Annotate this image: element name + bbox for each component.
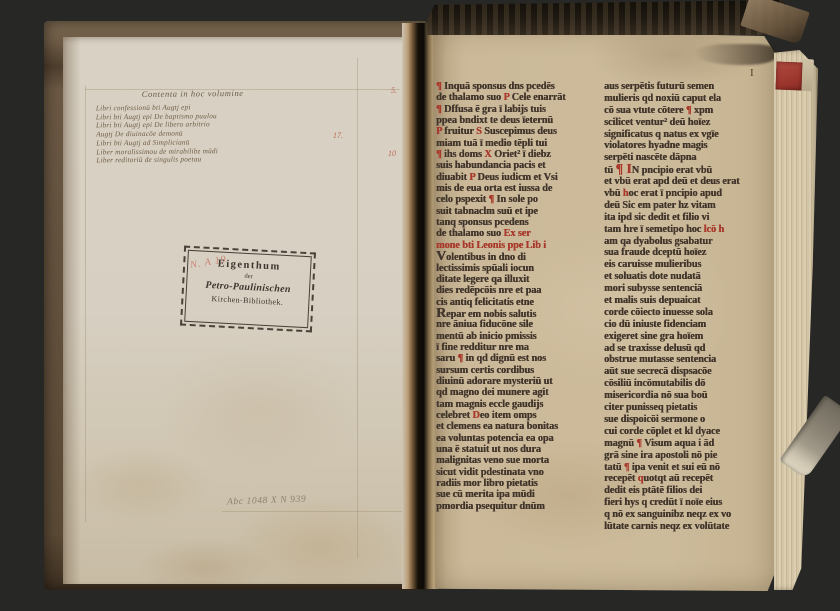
manuscript-line: P fruitur S Suscepimus deus (436, 126, 599, 137)
ink-text: celo pspexit (436, 194, 488, 205)
manuscript-line: suit tabnaclm suū et ipe (436, 206, 599, 217)
rubric-text: lcō h (704, 224, 724, 235)
ink-text: lūtate carnis neqz ex volūtate (604, 521, 729, 532)
manuscript-line: Volentibus in dno di (436, 251, 599, 262)
ink-text: deū Sic em pater hz vitam (604, 200, 715, 211)
manuscript-line: ita ipd sic dedit et filio vi (604, 212, 766, 224)
rubric-text: ¶ (686, 105, 694, 116)
ink-text: Dffusa ē gra ī labijs tuis (444, 104, 546, 115)
manuscript-line: tanq sponsus pcedens (436, 217, 599, 228)
ink-text: violatores hyadne magis (604, 140, 707, 151)
ink-text: ita ipd sic dedit et filio vi (604, 212, 709, 223)
rubric-text: ¶ (436, 104, 444, 115)
manuscript-line: ad se traxisse delusū qd (604, 343, 766, 355)
rubric-text: ¶ (436, 81, 444, 92)
ink-text: tanq sponsus pcedens (436, 217, 528, 228)
red-bookmark-tab (776, 62, 803, 91)
ink-text: ī fine redditur nre ma (436, 342, 529, 353)
ink-text: eo item omps (480, 410, 537, 421)
ink-text: in qd dignū est nos (465, 353, 546, 364)
ink-text: suit tabnaclm suū et ipe (436, 206, 538, 217)
ink-text: sursum certis cordibus (436, 365, 534, 376)
rubric-text: D (472, 410, 479, 421)
manuscript-column-left: ¶ Inquā sponsus dns pcedēsde thalamo suo… (436, 81, 599, 513)
ink-text: epar em nobis salutis (446, 309, 536, 319)
rubric-text: mone bti Leonis ppe Lib i (436, 240, 546, 251)
manuscript-line: significatus q natus ex vgīe (604, 129, 766, 141)
manuscript-line: tam magnis eccle gaudijs (436, 399, 599, 410)
manuscript-line: deū Sic em pater hz vitam (604, 200, 766, 212)
manuscript-line: recepēt quotqt aū recepēt (604, 473, 766, 485)
manuscript-line: exigeret sine gra hoīem (604, 331, 766, 343)
ink-text: sicut vidit pdestinata vno (436, 467, 544, 478)
ink-text: et soluatis dote nudatā (604, 271, 700, 282)
manuscript-line: lūtate carnis neqz ex volūtate (604, 521, 766, 533)
manuscript-line: magnū ¶ Visum aqua i ād (604, 438, 766, 450)
manuscript-line: et malis suis depuaicat (604, 295, 766, 307)
ink-text: radiis mor libro pietatis (436, 478, 538, 489)
ink-text: cis antiq felicitatis etne (436, 297, 534, 308)
ink-text: una ē statuit ut nos dura (436, 444, 541, 455)
manuscript-line: ¶ Inquā sponsus dns pcedēs (436, 81, 599, 92)
manuscript-line: et clemens ea natura bonitas (436, 421, 599, 432)
manuscript-line: eis caruisse mulieribus (604, 259, 766, 271)
ink-text: magnū (604, 438, 636, 449)
margin-numeral: 10 (388, 149, 396, 158)
manuscript-line: fieri hys q credūt ī noīe eius (604, 497, 766, 509)
manuscript-line: mentū ab inicio pmissis (436, 331, 599, 342)
ink-text: aūt sue secrecā dispsacōe (604, 366, 711, 377)
rubric-text: ¶ (624, 462, 632, 473)
manuscript-line: celebret Deo item omps (436, 410, 599, 421)
ink-text: tam hre ī semetipo hoc (604, 224, 704, 235)
rubric-text: ¶ (636, 438, 644, 449)
ink-text: pmordia psequitur dnūm (436, 501, 545, 512)
ink-text: mori subysse sentenciā (604, 283, 702, 294)
spine-gutter (402, 23, 438, 589)
manuscript-line: cui corde cōplet et kl dyace (604, 426, 766, 438)
manuscript-line: ¶ Dffusa ē gra ī labijs tuis (436, 104, 599, 115)
manuscript-line: am qa dyabolus gsabatur (604, 236, 766, 248)
manuscript-line: vbū hoc erat ī pncipio apud (604, 188, 766, 200)
ink-text: nre āniua fiducōne sile (436, 319, 533, 330)
manuscript-line: sicut vidit pdestinata vno (436, 467, 599, 478)
ruling-line-vertical-left (85, 86, 86, 522)
manuscript-line: q nō ex sanguinibz neqz ex vo (604, 509, 766, 521)
manuscript-line: dies redēpcōis nre et paa (436, 285, 599, 296)
ink-text: ditate legere qa illuxit (436, 274, 529, 285)
folio-number: I (750, 67, 754, 79)
rubric-text: P (503, 92, 511, 103)
rubric-text: X (484, 149, 494, 160)
ink-text: corde cōiecto inuesse sola (604, 307, 713, 318)
ink-text: exigeret sine gra hoīem (604, 331, 703, 342)
manuscript-line: cis antiq felicitatis etne (436, 297, 599, 308)
manuscript-line: saru ¶ in qd dignū est nos (436, 353, 599, 364)
ink-text: tatū (604, 462, 624, 473)
ink-text: Oriet² ī diebz (494, 149, 551, 160)
ink-text: misericordia nō sua boū (604, 390, 707, 401)
rubric-text: ¶ I (615, 164, 631, 176)
manuscript-line: radiis mor libro pietatis (436, 478, 599, 489)
manuscript-line: et soluatis dote nudatā (604, 271, 766, 283)
manuscript-line: sue cū merita ipa mūdi (436, 489, 599, 500)
ink-text: eis caruisse mulieribus (604, 259, 701, 270)
manuscript-line: qd magno dei munere agit (436, 387, 599, 398)
ruling-line-horizontal-bottom (222, 511, 420, 512)
manuscript-line: obstrue mutasse sentencia (604, 354, 766, 366)
manuscript-line: suis habundancia pacis et (436, 160, 599, 171)
manuscript-photo: Contenta in hoc volumine Libri confessio… (0, 0, 840, 611)
manuscript-line: corde cōiecto inuesse sola (604, 307, 766, 319)
manuscript-line: sua fraude dceptū hoīez (604, 247, 766, 259)
ink-text: ppea bndixt te deus īeternū (436, 115, 553, 126)
manuscript-line: aus serpētis futurū semen (604, 81, 766, 93)
ink-text: obstrue mutasse sentencia (604, 354, 716, 365)
ink-text: serpēti nascēte dāpna (604, 152, 696, 163)
ink-text: V (436, 251, 446, 262)
ink-text: N pncipio erat vbū (632, 165, 712, 176)
rubric-text: Ex ser (503, 228, 530, 239)
manuscript-line: mulieris qd noxiū caput ela (604, 93, 766, 105)
manuscript-line: una ē statuit ut nos dura (436, 444, 599, 455)
manuscript-line: Repar em nobis salutis (436, 308, 599, 319)
manuscript-line: malignitas veno sue morta (436, 455, 599, 466)
ink-text: diuabit (436, 172, 469, 183)
ink-text: ad se traxisse delusū qd (604, 343, 705, 354)
manuscript-line: aūt sue secrecā dispsacōe (604, 366, 766, 378)
manuscript-line: de thalamo suo Ex ser (436, 228, 599, 239)
ink-text: mentū ab inicio pmissis (436, 331, 536, 342)
ink-text: cui corde cōplet et kl dyace (604, 426, 720, 437)
ink-text: qd magno dei munere agit (436, 387, 548, 398)
ink-text: de thalamo suo (436, 228, 503, 239)
manuscript-line: misericordia nō sua boū (604, 390, 766, 402)
ink-text: significatus q natus ex vgīe (604, 129, 718, 140)
manuscript-line: dedit eis ptātē filios dei (604, 485, 766, 497)
ink-text: mulieris qd noxiū caput ela (604, 93, 721, 104)
manuscript-line: de thalamo suo P Cele enarrāt (436, 92, 599, 103)
rubric-text: ¶ (436, 149, 444, 160)
manuscript-line: tatū ¶ ipa venit et sui eū nō (604, 462, 766, 474)
ink-text: olentibus in dno di (446, 252, 526, 262)
ink-text: dies redēpcōis nre et paa (436, 285, 541, 296)
manuscript-line: sursum certis cordibus (436, 365, 599, 376)
ink-text: R (436, 308, 446, 319)
manuscript-line: tū ¶ IN pncipio erat vbū (604, 164, 766, 176)
ink-text: tam magnis eccle gaudijs (436, 399, 543, 410)
ink-text: tū (604, 165, 615, 176)
ink-text: diuinū adorare mysteriū ut (436, 376, 553, 387)
ink-text: recepēt (604, 473, 638, 484)
ink-text: saru (436, 353, 458, 364)
manuscript-line: nre āniua fiducōne sile (436, 319, 599, 330)
rubric-text: P (436, 126, 444, 137)
ink-text: sue dispoicōi sermone o (604, 414, 705, 425)
manuscript-line: lectissimis spūali iocun (436, 263, 599, 274)
manuscript-line: ditate legere qa illuxit (436, 274, 599, 285)
ink-text: scilicet ventur² deū hoīez (604, 117, 710, 128)
manuscript-line: serpēti nascēte dāpna (604, 152, 766, 164)
contents-list-block: Contenta in hoc volumine Libri confessio… (96, 87, 377, 166)
rubric-text: S (476, 126, 484, 137)
ink-text: cō sua vtute cōtere (604, 105, 686, 116)
manuscript-line: cōsiliū incōmutabilis dō (604, 378, 766, 390)
manuscript-line: mone bti Leonis ppe Lib i (436, 240, 599, 251)
ink-text: xpm (694, 105, 713, 116)
manuscript-line: mori subysse sentenciā (604, 283, 766, 295)
manuscript-line: cio dū iniuste fidenciam (604, 319, 766, 331)
ink-text: cōsiliū incōmutabilis dō (604, 378, 705, 389)
ink-text: ipa venit et sui eū nō (632, 462, 720, 473)
manuscript-line: celo pspexit ¶ In sole po (436, 194, 599, 205)
ink-text: malignitas veno sue morta (436, 455, 549, 466)
manuscript-line: citer punisseq pietatis (604, 402, 766, 414)
manuscript-line: diuinū adorare mysteriū ut (436, 376, 599, 387)
ink-text: et malis suis depuaicat (604, 295, 700, 306)
manuscript-line: ¶ ihs doms X Oriet² ī diebz (436, 149, 599, 160)
ink-text: q nō ex sanguinibz neqz ex vo (604, 509, 731, 520)
ink-text: sua fraude dceptū hoīez (604, 247, 706, 258)
ink-text: ea voluntas potencia ea opa (436, 433, 553, 444)
ink-text: ihs doms (444, 149, 484, 160)
manuscript-line: ppea bndixt te deus īeternū (436, 115, 599, 126)
ink-text: uotqt aū recepēt (643, 473, 713, 484)
ink-text: oc erat ī pncipio apud (628, 188, 721, 199)
ink-text: am qa dyabolus gsabatur (604, 236, 712, 247)
ink-text: grā sine ira apostoli nō pie (604, 450, 717, 461)
manuscript-line: grā sine ira apostoli nō pie (604, 450, 766, 462)
ink-text: Visum aqua i ād (644, 438, 714, 449)
ink-text: et clemens ea natura bonitas (436, 421, 558, 432)
manuscript-line: tam hre ī semetipo hoc lcō h (604, 224, 766, 236)
manuscript-line: pmordia psequitur dnūm (436, 501, 599, 512)
manuscript-line: sue dispoicōi sermone o (604, 414, 766, 426)
ink-text: vbū (604, 188, 623, 199)
ink-text: de thalamo suo (436, 92, 503, 103)
ink-text: citer punisseq pietatis (604, 402, 697, 413)
ink-text: et vbū erat apd deū et deus erat (604, 176, 740, 187)
ink-text: In sole po (496, 194, 537, 205)
ink-text: cio dū iniuste fidenciam (604, 319, 706, 330)
ink-text: suis habundancia pacis et (436, 160, 545, 171)
ink-text: celebret (436, 410, 472, 421)
ink-text: fruitur (444, 126, 476, 137)
manuscript-line: mis de eua orta est iussa de (436, 183, 599, 194)
manuscript-line: scilicet ventur² deū hoīez (604, 117, 766, 129)
ink-text: lectissimis spūali iocun (436, 263, 534, 274)
contents-header: Contenta in hoc volumine (142, 87, 376, 99)
ink-text: dedit eis ptātē filios dei (604, 485, 702, 496)
manuscript-column-right: aus serpētis futurū semenmulieris qd nox… (604, 81, 766, 533)
ink-text: sue cū merita ipa mūdi (436, 489, 534, 500)
manuscript-line: et vbū erat apd deū et deus erat (604, 176, 766, 188)
manuscript-line: violatores hyadne magis (604, 140, 766, 152)
ink-text: miam tuā ī medio tēpli tui (436, 138, 547, 149)
ink-text: Cele enarrāt (512, 92, 566, 103)
ink-text: aus serpētis futurū semen (604, 81, 714, 92)
manuscript-line: ī fine redditur nre ma (436, 342, 599, 353)
margin-numeral: 17. (333, 131, 343, 140)
manuscript-line: diuabit P Deus iudicm et Vsi (436, 172, 599, 183)
ink-text: Deus iudicm et Vsi (477, 172, 557, 183)
ink-text: mis de eua orta est iussa de (436, 183, 552, 194)
ink-text: fieri hys q credūt ī noīe eius (604, 497, 722, 508)
margin-numeral: 5. (391, 86, 397, 95)
manuscript-line: cō sua vtute cōtere ¶ xpm (604, 105, 766, 117)
ink-text: Suscepimus deus (484, 126, 557, 137)
manuscript-line: miam tuā ī medio tēpli tui (436, 138, 599, 149)
ink-text: Inquā sponsus dns pcedēs (444, 81, 555, 92)
fore-edge-page-stack (774, 50, 818, 590)
manuscript-line: ea voluntas potencia ea opa (436, 433, 599, 444)
